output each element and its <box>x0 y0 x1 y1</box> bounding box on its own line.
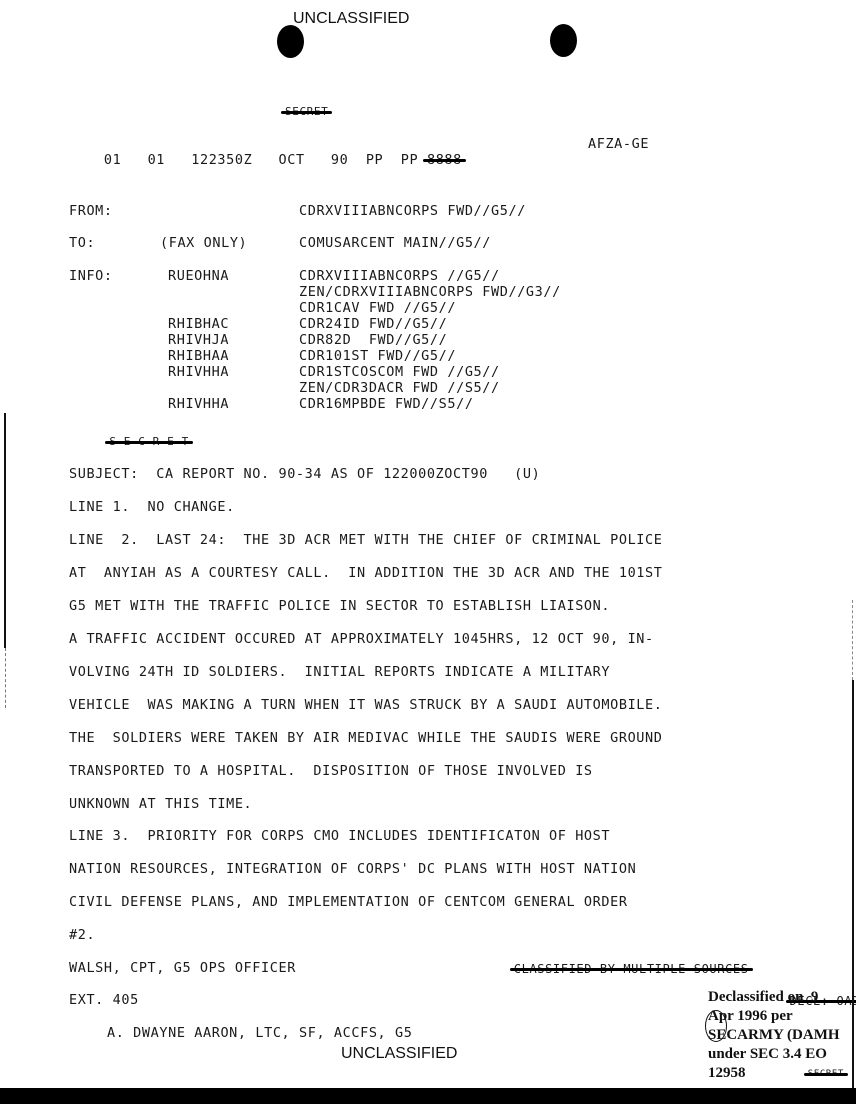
info-addressee: CDRXVIIIABNCORPS //G5// <box>299 268 500 284</box>
scan-edge-right-faint <box>852 600 854 680</box>
info-addressee: CDR1STCOSCOM FWD //G5// <box>299 364 500 380</box>
info-code: RHIVHHA <box>168 396 229 412</box>
initials-circle-mark <box>705 1010 727 1042</box>
info-code: RHIVHHA <box>168 364 229 380</box>
body-line: VEHICLE WAS MAKING A TURN WHEN IT WAS ST… <box>69 697 662 713</box>
scan-edge-left <box>4 413 6 648</box>
subject-line: SUBJECT: CA REPORT NO. 90-34 AS OF 12200… <box>69 466 540 482</box>
scan-edge-left-faint <box>5 648 7 708</box>
secret-marking-struck-body: S E C R E T <box>109 435 188 448</box>
info-addressee: CDR1CAV FWD //G5// <box>299 300 456 316</box>
routing-field: PP <box>401 152 418 168</box>
info-addressee: CDR101ST FWD//G5// <box>299 348 456 364</box>
to-value: COMUSARCENT MAIN//G5// <box>299 235 491 251</box>
classification-top: UNCLASSIFIED <box>293 10 409 28</box>
routing-field-struck: 8888 <box>427 152 462 168</box>
body-line: NATION RESOURCES, INTEGRATION OF CORPS' … <box>69 861 636 877</box>
info-addressee: CDR16MPBDE FWD//S5// <box>299 396 474 412</box>
office-code: AFZA-GE <box>588 136 649 152</box>
stamp-line: Apr 1996 per <box>708 1007 840 1026</box>
info-code: RHIBHAA <box>168 348 229 364</box>
scan-edge-bottom <box>0 1088 856 1104</box>
punch-hole-right <box>550 24 577 57</box>
classified-by-struck: CLASSIFIED BY MULTIPLE SOURCES <box>514 962 749 976</box>
body-line: UNKNOWN AT THIS TIME. <box>69 796 252 812</box>
classification-bottom: UNCLASSIFIED <box>341 1045 457 1063</box>
routing-field: 01 <box>148 152 165 168</box>
body-line: LINE 1. NO CHANGE. <box>69 499 235 515</box>
body-line: LINE 2. LAST 24: THE 3D ACR MET WITH THE… <box>69 532 662 548</box>
info-addressee: ZEN/CDR3DACR FWD //S5// <box>299 380 500 396</box>
body-line: G5 MET WITH THE TRAFFIC POLICE IN SECTOR… <box>69 598 610 614</box>
body-line: #2. <box>69 927 95 943</box>
info-addressee: CDR24ID FWD//G5// <box>299 316 447 332</box>
from-value: CDRXVIIIABNCORPS FWD//G5// <box>299 203 526 219</box>
punch-hole-left <box>277 25 304 58</box>
poc-line: WALSH, CPT, G5 OPS OFFICER <box>69 960 296 976</box>
routing-field: 122350Z <box>191 152 252 168</box>
body-line: CIVIL DEFENSE PLANS, AND IMPLEMENTATION … <box>69 894 628 910</box>
stamp-line: SECARMY (DAMH <box>708 1026 840 1045</box>
from-label: FROM: <box>69 203 113 219</box>
info-label: INFO: <box>69 268 113 284</box>
extension: EXT. 405 <box>69 992 139 1008</box>
info-code: RUEOHNA <box>168 268 229 284</box>
info-code: RHIVHJA <box>168 332 229 348</box>
declassification-stamp: Declassified on 9 Apr 1996 per SECARMY (… <box>708 988 840 1083</box>
info-addressee: CDR82D FWD//G5// <box>299 332 447 348</box>
body-line: LINE 3. PRIORITY FOR CORPS CMO INCLUDES … <box>69 828 610 844</box>
to-label: TO: <box>69 235 95 251</box>
signature-block: A. DWAYNE AARON, LTC, SF, ACCFS, G5 <box>107 1025 412 1041</box>
to-note: (FAX ONLY) <box>160 235 247 251</box>
routing-line: 01 01 122350Z OCT 90 PP PP 8888 <box>69 136 462 184</box>
body-line: THE SOLDIERS WERE TAKEN BY AIR MEDIVAC W… <box>69 730 662 746</box>
info-code: RHIBHAC <box>168 316 229 332</box>
stamp-line: 12958 <box>708 1064 840 1083</box>
stamp-line: under SEC 3.4 EO <box>708 1045 840 1064</box>
routing-field: 01 <box>104 152 121 168</box>
info-addressee: ZEN/CDRXVIIIABNCORPS FWD//G3// <box>299 284 561 300</box>
routing-field: OCT <box>279 152 305 168</box>
routing-field: PP <box>366 152 383 168</box>
routing-field: 90 <box>331 152 348 168</box>
secret-marking-struck-top: SECRET <box>285 105 328 118</box>
body-line: A TRAFFIC ACCIDENT OCCURED AT APPROXIMAT… <box>69 631 654 647</box>
declassified-message-page: UNCLASSIFIED SECRET 01 01 122350Z OCT 90… <box>0 0 856 1104</box>
body-line: TRANSPORTED TO A HOSPITAL. DISPOSITION O… <box>69 763 593 779</box>
body-line: VOLVING 24TH ID SOLDIERS. INITIAL REPORT… <box>69 664 610 680</box>
body-line: AT ANYIAH AS A COURTESY CALL. IN ADDITIO… <box>69 565 662 581</box>
stamp-line: Declassified on 9 <box>708 988 840 1007</box>
